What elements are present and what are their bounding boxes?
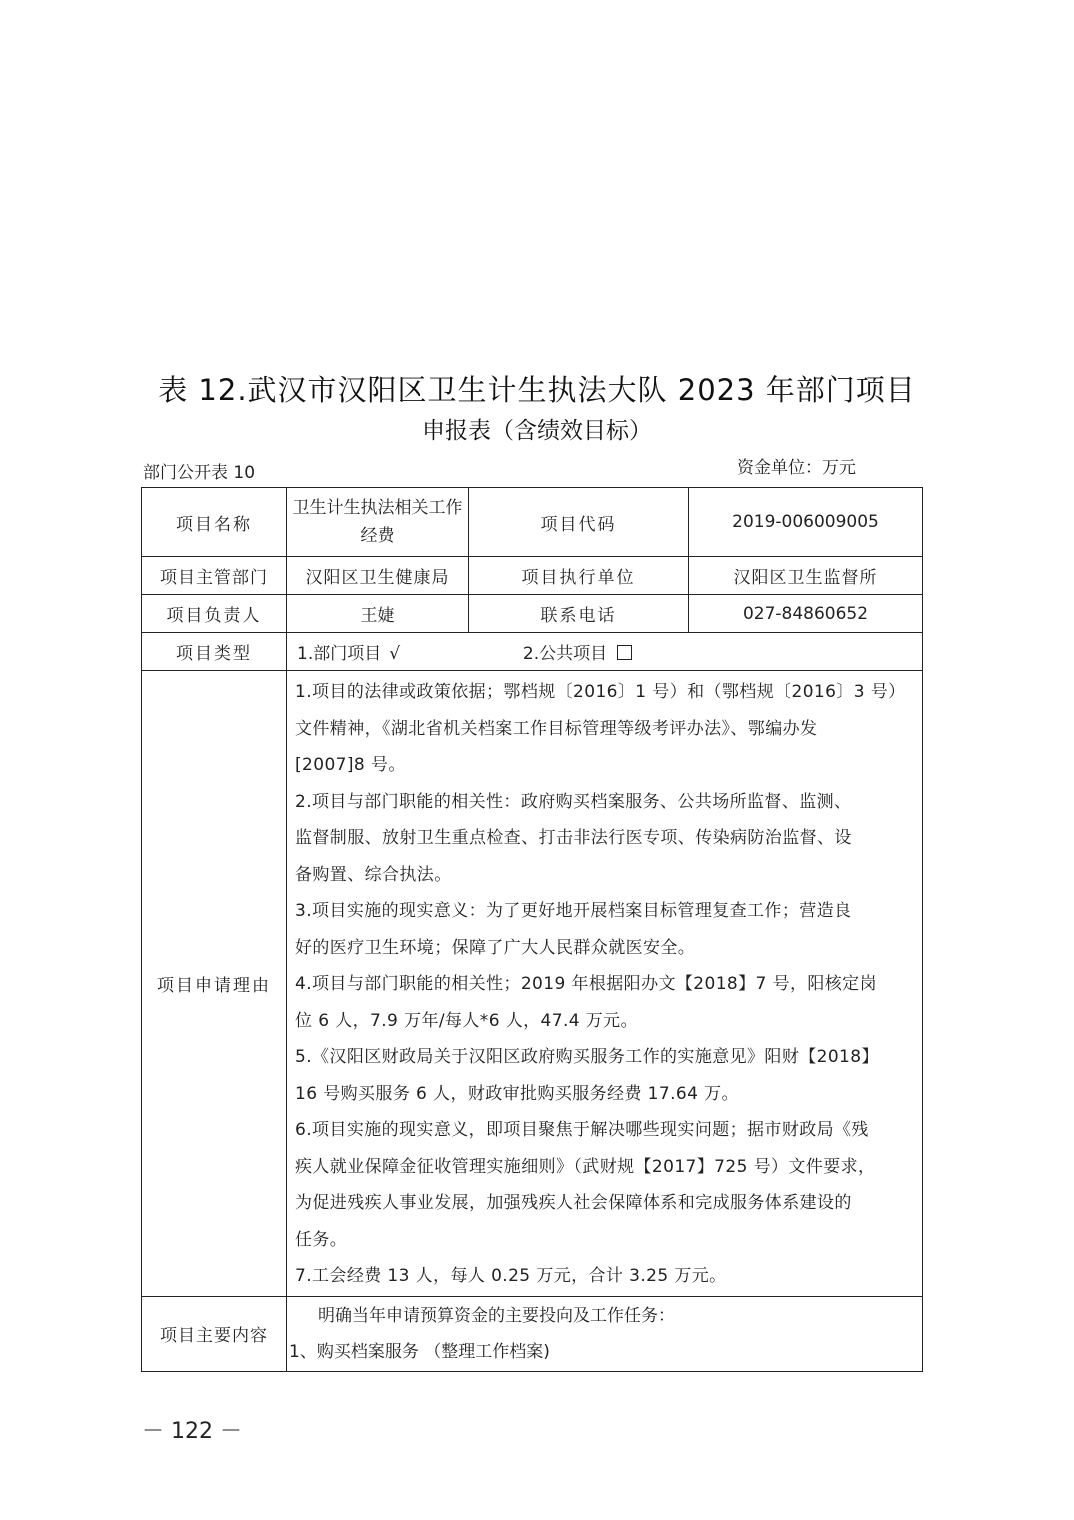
reason-line: 7.工会经费 13 人，每人 0.25 万元，合计 3.25 万元。 — [295, 1258, 920, 1295]
reason-line: 5.《汉阳区财政局关于汉阳区政府购买服务工作的实施意见》阳财【2018】 — [295, 1039, 920, 1076]
checkmark-icon: √ — [389, 644, 400, 664]
reason-line: 位 6 人，7.9 万年/每人*6 人，47.4 万元。 — [295, 1003, 920, 1040]
content-line: 1、购买档案服务 （整理工作档案) — [289, 1334, 922, 1370]
table-row: 项目主管部门 汉阳区卫生健康局 项目执行单位 汉阳区卫生监督所 — [142, 557, 923, 595]
reason-line: 为促进残疾人事业发展，加强残疾人社会保障体系和完成服务体系建设的 — [295, 1185, 920, 1222]
reason-line: 3.项目实施的现实意义：为了更好地开展档案目标管理复查工作；营造良 — [295, 893, 920, 930]
reason-line: 2.项目与部门职能的相关性：政府购买档案服务、公共场所监督、监测、 — [295, 784, 920, 821]
table-row: 项目负责人 王婕 联系电话 027-84860652 — [142, 595, 923, 633]
reason-line: 监督制服、放射卫生重点检查、打击非法行医专项、传染病防治监督、设 — [295, 820, 920, 857]
reason-line: 6.项目实施的现实意义，即项目聚焦于解决哪些现实问题；据市财政局《残 — [295, 1112, 920, 1149]
reason-line: 任务。 — [295, 1222, 920, 1259]
reason-line: [2007]8 号。 — [295, 747, 920, 784]
table-row: 项目类型 1.部门项目√ 2.公共项目 — [142, 633, 923, 671]
type-option-dept: 1.部门项目 — [297, 644, 381, 664]
reason-line: 1.项目的法律或政策依据；鄂档规〔2016〕1 号）和（鄂档规〔2016〕3 号… — [295, 674, 920, 711]
content-label: 项目主要内容 — [142, 1296, 287, 1371]
reason-line: 4.项目与部门职能的相关性；2019 年根据阳办文【2018】7 号，阳核定岗 — [295, 966, 920, 1003]
type-options: 1.部门项目√ 2.公共项目 — [287, 633, 923, 671]
content-line: 明确当年申请预算资金的主要投向及工作任务： — [289, 1298, 922, 1334]
reason-line: 好的医疗卫生环境；保障了广大人民群众就医安全。 — [295, 930, 920, 967]
phone-label: 联系电话 — [469, 595, 689, 633]
table-row: 项目申请理由 1.项目的法律或政策依据；鄂档规〔2016〕1 号）和（鄂档规〔2… — [142, 671, 923, 1297]
currency-unit: 资金单位：万元 — [737, 453, 856, 478]
dept-label: 项目主管部门 — [142, 557, 287, 595]
project-form-table: 项目名称 卫生计生执法相关工作经费 项目代码 2019-006009005 项目… — [141, 487, 923, 1372]
reason-line: 疾人就业保障金征收管理实施细则》（武财规【2017】725 号）文件要求， — [295, 1149, 920, 1186]
table-row: 项目主要内容 明确当年申请预算资金的主要投向及工作任务： 1、购买档案服务 （整… — [142, 1296, 923, 1371]
project-code-value: 2019-006009005 — [689, 488, 923, 557]
page-number: － 122 － — [142, 1414, 242, 1445]
owner-value: 王婕 — [287, 595, 469, 633]
project-code-label: 项目代码 — [469, 488, 689, 557]
reason-label: 项目申请理由 — [142, 671, 287, 1297]
type-option-public: 2.公共项目 — [523, 644, 607, 664]
project-name-label: 项目名称 — [142, 488, 287, 557]
dept-value: 汉阳区卫生健康局 — [287, 557, 469, 595]
exec-unit-value: 汉阳区卫生监督所 — [689, 557, 923, 595]
reason-line: 备购置、综合执法。 — [295, 857, 920, 894]
table-row: 项目名称 卫生计生执法相关工作经费 项目代码 2019-006009005 — [142, 488, 923, 557]
reason-content: 1.项目的法律或政策依据；鄂档规〔2016〕1 号）和（鄂档规〔2016〕3 号… — [287, 671, 923, 1297]
type-label: 项目类型 — [142, 633, 287, 671]
main-content: 明确当年申请预算资金的主要投向及工作任务： 1、购买档案服务 （整理工作档案) — [287, 1296, 923, 1371]
phone-value: 027-84860652 — [689, 595, 923, 633]
document-title: 表 12.武汉市汉阳区卫生计生执法大队 2023 年部门项目 — [0, 368, 1074, 409]
document-subtitle: 申报表（含绩效目标） — [0, 412, 1074, 445]
project-name-value: 卫生计生执法相关工作经费 — [287, 488, 469, 557]
empty-checkbox-icon — [617, 645, 632, 660]
exec-unit-label: 项目执行单位 — [469, 557, 689, 595]
owner-label: 项目负责人 — [142, 595, 287, 633]
reason-line: 文件精神，《湖北省机关档案工作目标管理等级考评办法》、鄂编办发 — [295, 711, 920, 748]
reason-line: 16 号购买服务 6 人，财政审批购买服务经费 17.64 万。 — [295, 1076, 920, 1113]
table-code: 部门公开表 10 — [143, 458, 255, 483]
